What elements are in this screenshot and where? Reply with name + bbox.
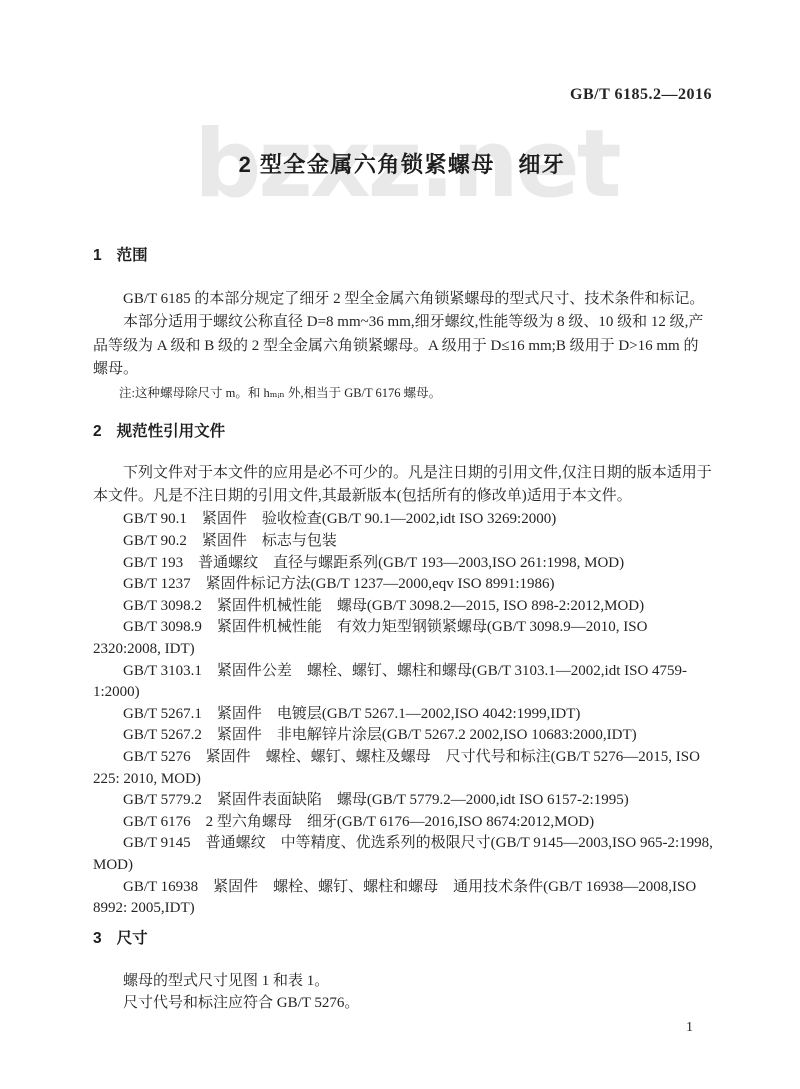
section-1-paragraph-2: 本部分适用于螺纹公称直径 D=8 mm~36 mm,细牙螺纹,性能等级为 8 级… — [93, 311, 713, 381]
section-3-title: 尺寸 — [117, 929, 148, 949]
section-1-heading: 1范围 — [93, 246, 713, 266]
reference-item: GB/T 6176 2 型六角螺母 细牙(GB/T 6176—2016,ISO … — [93, 812, 713, 834]
section-1-note: 注:这种螺母除尺寸 m。和 hₘᵢₙ 外,相当于 GB/T 6176 螺母。 — [93, 384, 713, 402]
document-page: bzxz.net GB/T 6185.2—2016 2 型全金属六角锁紧螺母 细… — [0, 0, 800, 1089]
reference-item: GB/T 16938 紧固件 螺栓、螺钉、螺柱和螺母 通用技术条件(GB/T 1… — [93, 877, 713, 920]
reference-list: GB/T 90.1 紧固件 验收检查(GB/T 90.1—2002,idt IS… — [93, 509, 713, 919]
reference-item: GB/T 5779.2 紧固件表面缺陷 螺母(GB/T 5779.2—2000,… — [93, 790, 713, 812]
document-title: 2 型全金属六角锁紧螺母 细牙 — [90, 148, 714, 179]
reference-item: GB/T 193 普通螺纹 直径与螺距系列(GB/T 193—2003,ISO … — [93, 553, 713, 575]
section-2-intro: 下列文件对于本文件的应用是必不可少的。凡是注日期的引用文件,仅注日期的版本适用于… — [93, 462, 713, 509]
section-2-number: 2 — [93, 422, 102, 442]
reference-item: GB/T 90.2 紧固件 标志与包装 — [93, 531, 713, 553]
section-3-number: 3 — [93, 929, 102, 949]
section-1-number: 1 — [93, 246, 102, 266]
reference-item: GB/T 3098.9 紧固件机械性能 有效力矩型钢锁紧螺母(GB/T 3098… — [93, 617, 713, 660]
section-2-title: 规范性引用文件 — [117, 422, 226, 442]
section-1-paragraph-1: GB/T 6185 的本部分规定了细牙 2 型全金属六角锁紧螺母的型式尺寸、技术… — [93, 288, 713, 311]
reference-item: GB/T 9145 普通螺纹 中等精度、优选系列的极限尺寸(GB/T 9145—… — [93, 833, 713, 876]
section-3-paragraph-1: 螺母的型式尺寸见图 1 和表 1。 — [93, 970, 713, 992]
document-body: 1范围 GB/T 6185 的本部分规定了细牙 2 型全金属六角锁紧螺母的型式尺… — [93, 246, 713, 1014]
standard-code: GB/T 6185.2—2016 — [570, 86, 712, 104]
page-number: 1 — [686, 1020, 693, 1036]
reference-item: GB/T 5276 紧固件 螺栓、螺钉、螺柱及螺母 尺寸代号和标注(GB/T 5… — [93, 747, 713, 790]
reference-item: GB/T 90.1 紧固件 验收检查(GB/T 90.1—2002,idt IS… — [93, 509, 713, 531]
reference-item: GB/T 1237 紧固件标记方法(GB/T 1237—2000,eqv ISO… — [93, 574, 713, 596]
reference-item: GB/T 3103.1 紧固件公差 螺栓、螺钉、螺柱和螺母(GB/T 3103.… — [93, 661, 713, 704]
section-1-title: 范围 — [117, 246, 148, 266]
section-2-heading: 2规范性引用文件 — [93, 422, 713, 442]
reference-item: GB/T 5267.1 紧固件 电镀层(GB/T 5267.1—2002,ISO… — [93, 704, 713, 726]
reference-item: GB/T 3098.2 紧固件机械性能 螺母(GB/T 3098.2—2015,… — [93, 596, 713, 618]
reference-item: GB/T 5267.2 紧固件 非电解锌片涂层(GB/T 5267.2 2002… — [93, 725, 713, 747]
section-3-heading: 3尺寸 — [93, 929, 713, 949]
section-3-paragraph-2: 尺寸代号和标注应符合 GB/T 5276。 — [93, 992, 713, 1014]
